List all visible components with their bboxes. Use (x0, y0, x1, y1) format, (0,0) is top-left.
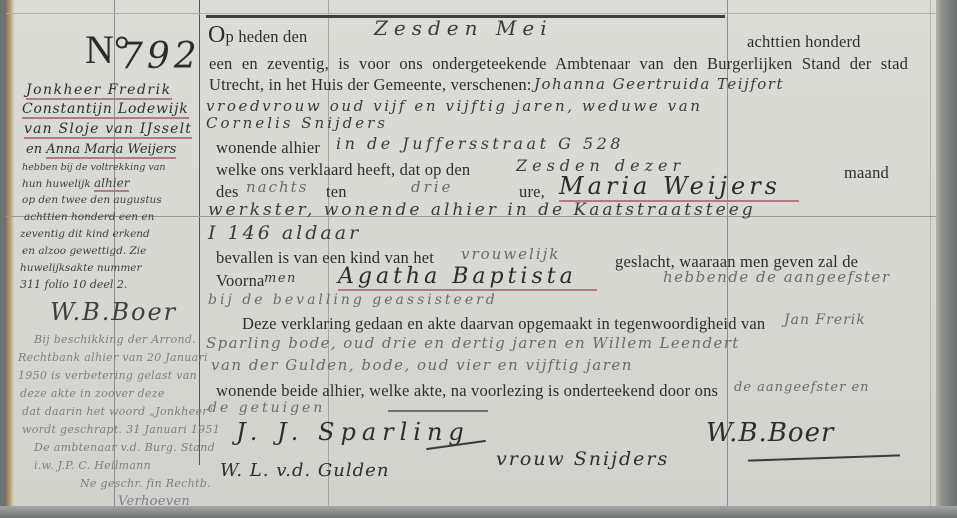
body-line-2: een en zeventig, is voor ons ondergeteek… (209, 54, 908, 74)
signature-official-underline (748, 454, 900, 461)
date-day-month: Zesden Mei (374, 16, 553, 40)
informant-name: Johanna Geertruida Teijfort (534, 75, 784, 93)
body-line-wonende: wonende alhier (216, 138, 320, 158)
page-bottom-shadow (0, 506, 957, 518)
signatories-note-cont: de getuigen (208, 400, 325, 416)
informant-address: in de Juffersstraat G 528 (336, 134, 624, 153)
entry-number: 792 (120, 36, 201, 77)
witness-details-1: Sparling bode, oud drie en dertig jaren … (206, 334, 740, 352)
time-of-day: nachts (246, 178, 308, 196)
body-line-wonende-beide: wonende beide alhier, welke akte, na voo… (216, 381, 718, 401)
body-line-ten: ten (326, 182, 347, 202)
signatories-note: de aangeefster en (734, 380, 870, 395)
body-line-ure: ure, (519, 182, 545, 202)
witness-details-2: van der Gulden, bode, oud vier en vijfti… (211, 356, 633, 374)
body-line-maand: maand (844, 163, 889, 183)
binding-spine (6, 0, 14, 510)
margin-name-line-4: en Anna Maria Weijers (26, 142, 176, 158)
mother-occupation-address: werkster, wonende alhier in de Kaatstraa… (208, 200, 756, 220)
body-line-deze-verklaring: Deze verklaring gedaan en akte daarvan o… (242, 314, 765, 334)
voornamen-suffix: men (264, 271, 297, 286)
page-edge (936, 0, 957, 518)
margin-name-line-2: Constantijn Lodewijk (22, 101, 189, 119)
body-line-des: des (216, 182, 239, 202)
drop-initial: O (208, 22, 226, 48)
register-page: N° 792 Jonkheer Fredrik Constantijn Lode… (6, 0, 936, 510)
right-guide-line (930, 0, 931, 510)
child-sex: vrouwelijk (461, 245, 560, 263)
top-rule (6, 13, 936, 14)
body-line-1-print: Op heden den (208, 22, 307, 49)
line-1-rest: p heden den (226, 27, 308, 46)
midwife-note: hebbende de aangeefster (663, 268, 891, 286)
signature-guide-line (388, 410, 488, 412)
informant-occupation: vroedvrouw oud vijf en vijftig jaren, we… (206, 97, 703, 115)
body-line-3-print: Utrecht, in het Huis der Gemeente, versc… (209, 75, 532, 95)
informant-late-husband: Cornelis Snijders (206, 114, 388, 132)
midwife-note-cont: bij de bevalling geassisteerd (208, 292, 498, 308)
signature-witness-2: W. L. v.d. Gulden (220, 460, 389, 481)
birth-hour: drie (411, 178, 453, 196)
signature-witness-1: J. J. Sparling (236, 418, 470, 446)
witness-1-name: Jan Frerik (784, 312, 866, 328)
body-line-verklaard: welke ons verklaard heeft, dat op den (216, 160, 470, 180)
margin-signature: W.B.Boer (50, 298, 177, 326)
margin-name-line-3: van Sloje van IJsselt (24, 121, 192, 139)
child-name: Agatha Baptista (338, 264, 597, 291)
body-line-1-end: achttien honderd (747, 32, 861, 52)
margin-name-line-1: Jonkheer Fredrik (26, 82, 172, 100)
mother-house-number: I 146 aldaar (208, 222, 361, 244)
signature-official: W.B.Boer (706, 418, 834, 448)
signature-mother: vrouw Snijders (496, 448, 669, 470)
mother-name: Maria Weijers (559, 172, 799, 202)
body-line-voornamen: Voorna (216, 271, 265, 291)
